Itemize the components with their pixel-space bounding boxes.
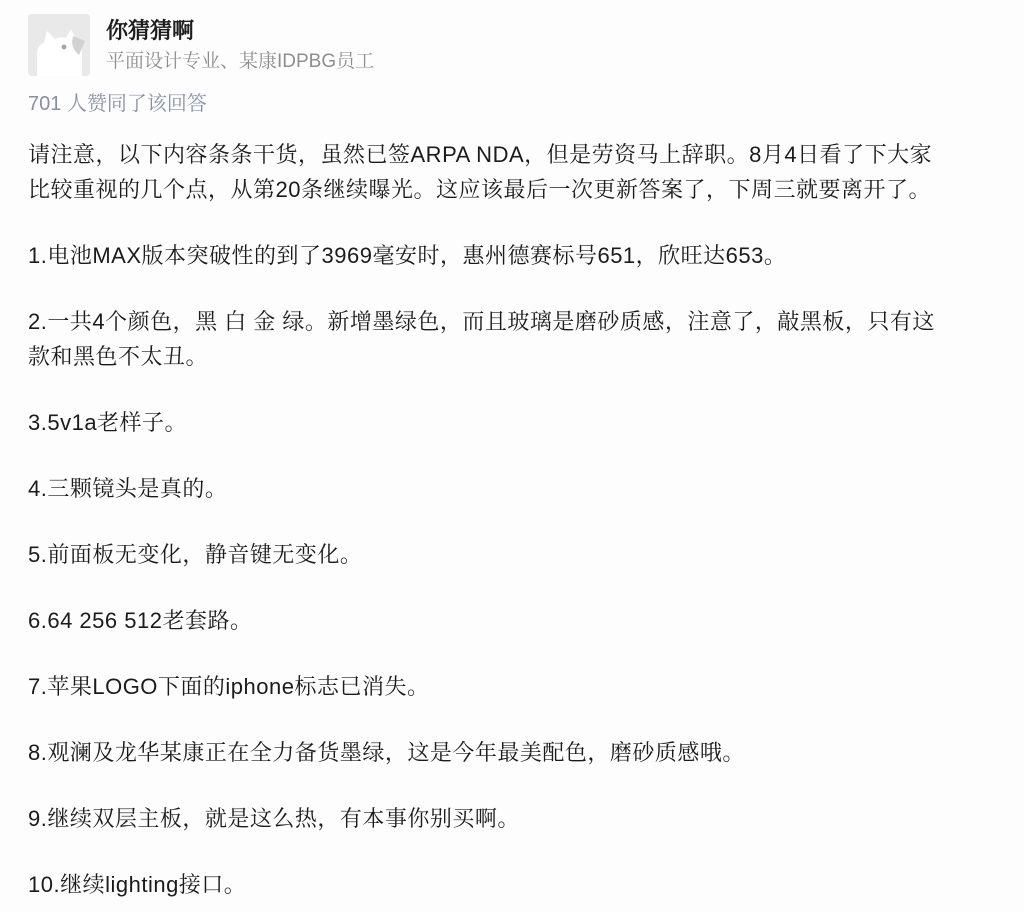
answer-item: 6.64 256 512老套路。 — [28, 603, 940, 638]
answer-item: 8.观澜及龙华某康正在全力备货墨绿，这是今年最美配色，磨砂质感哦。 — [28, 735, 940, 770]
answer-content: 请注意，以下内容条条干货，虽然已签ARPA NDA，但是劳资马上辞职。8月4日看… — [0, 137, 1024, 902]
answer-item: 9.继续双层主板，就是这么热，有本事你别买啊。 — [28, 801, 940, 836]
author-info: 你猜猜啊 平面设计专业、某康IDPBG员工 — [106, 14, 374, 75]
answer-item: 2.一共4个颜色，黑 白 金 绿。新增墨绿色，而且玻璃是磨砂质感，注意了，敲黑板… — [28, 304, 940, 374]
author-avatar[interactable] — [28, 14, 90, 76]
answer-item: 10.继续lighting接口。 — [28, 867, 940, 902]
answer-intro: 请注意，以下内容条条干货，虽然已签ARPA NDA，但是劳资马上辞职。8月4日看… — [28, 137, 940, 207]
answer-items: 1.电池MAX版本突破性的到了3969毫安时，惠州德赛标号651，欣旺达653。… — [28, 238, 940, 902]
answer-card: 你猜猜啊 平面设计专业、某康IDPBG员工 701 人赞同了该回答 请注意，以下… — [0, 0, 1024, 912]
author-bio: 平面设计专业、某康IDPBG员工 — [106, 49, 374, 75]
answer-item: 1.电池MAX版本突破性的到了3969毫安时，惠州德赛标号651，欣旺达653。 — [28, 238, 940, 273]
answer-item: 7.苹果LOGO下面的iphone标志已消失。 — [28, 669, 940, 704]
vote-summary[interactable]: 701 人赞同了该回答 — [28, 92, 996, 117]
author-name[interactable]: 你猜猜啊 — [106, 16, 374, 46]
answer-item: 4.三颗镜头是真的。 — [28, 471, 940, 506]
answer-item: 3.5v1a老样子。 — [28, 405, 940, 440]
cat-avatar-icon — [28, 14, 90, 76]
author-header: 你猜猜啊 平面设计专业、某康IDPBG员工 — [0, 0, 1024, 76]
answer-item: 5.前面板无变化，静音键无变化。 — [28, 537, 940, 572]
